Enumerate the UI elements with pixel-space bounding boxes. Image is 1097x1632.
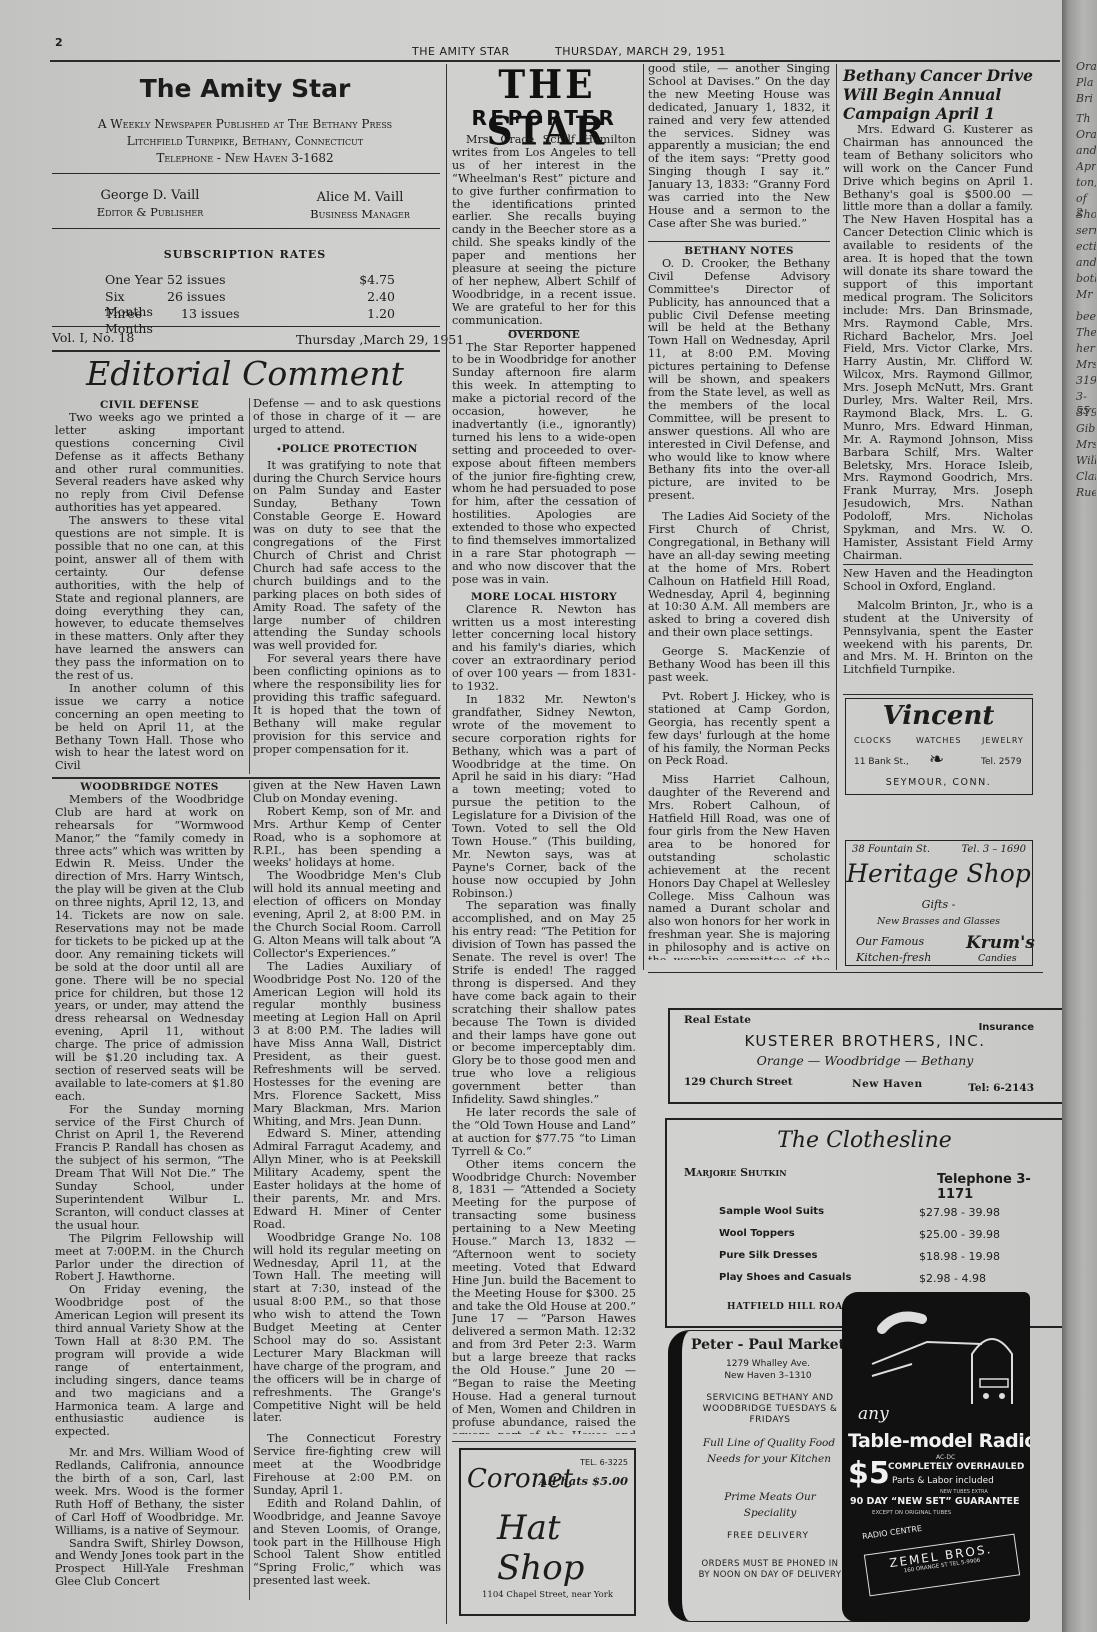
running-title: THE AMITY STAR: [412, 45, 510, 58]
history-continued: good stile, — another Singing School at …: [648, 63, 830, 239]
heritage-shop-ad: 38 Fountain St. Tel. 3 – 1690 Heritage S…: [845, 840, 1033, 966]
manager-role: Business Manager: [280, 206, 440, 222]
editor-credit: George D. Vaill Editor & Publisher: [70, 188, 230, 220]
woodbridge-notes-heading: WOODBRIDGE NOTES: [55, 781, 244, 794]
editorial-column-2: Defense — and to ask questions of those …: [253, 398, 441, 774]
masthead-telephone: Telephone - New Haven 3-1682: [50, 150, 440, 166]
kusterer-name: KUSTERER BROTHERS, INC.: [670, 1032, 1060, 1050]
cancer-drive-headline: Bethany Cancer Drive Will Begin Annual C…: [843, 66, 1033, 123]
woodbridge-notes-column-1: WOODBRIDGE NOTES Members of the Woodbrid…: [55, 780, 244, 1600]
star-reporter-subtitle: REPORTER: [447, 106, 642, 130]
civil-defense-heading: CIVIL DEFENSE: [55, 399, 244, 412]
newspaper-page: 2 THE AMITY STAR THURSDAY, MARCH 29, 195…: [0, 0, 1068, 1632]
zemel-bros-radio-ad: any Table-model Radio AC-DC $5 COMPLETEL…: [842, 1292, 1030, 1622]
kusterer-brothers-ad: Real Estate Insurance KUSTERER BROTHERS,…: [668, 1008, 1066, 1104]
cancer-drive-article: Mrs. Edward G. Kusterer as Chairman has …: [843, 124, 1033, 560]
masthead-address: Litchfield Turnpike, Bethany, Connecticu…: [50, 133, 440, 149]
hat-shop-name: Hat Shop: [497, 1508, 634, 1588]
manager-credit: Alice M. Vaill Business Manager: [280, 190, 440, 222]
radio-price: $5: [848, 1456, 890, 1491]
vincent-name: Vincent: [846, 701, 1031, 731]
page-number: 2: [55, 36, 63, 49]
zemel-bros-sign: ZEMEL BROS. 160 ORANGE ST TEL 5-9906: [864, 1534, 1020, 1597]
history-heading: MORE LOCAL HISTORY: [452, 591, 636, 604]
rate-row: One Year 52 issues $4.75: [105, 272, 395, 287]
woodbridge-notes-column-2: given at the New Haven Lawn Club on Mond…: [253, 780, 441, 1600]
subscription-heading: SUBSCRIPTION RATES: [50, 248, 440, 261]
market-name: Peter - Paul Market: [682, 1337, 854, 1353]
issue-date: Thursday ,March 29, 1951: [296, 332, 464, 347]
editor-name: George D. Vaill: [70, 188, 230, 204]
krums-brand: Krum's: [966, 933, 1035, 953]
overdone-heading: OVERDONE: [452, 329, 636, 342]
editor-role: Editor & Publisher: [70, 204, 230, 220]
ornament-icon: ❧: [929, 749, 944, 770]
police-heading: POLICE PROTECTION: [253, 443, 441, 456]
bethany-notes-heading: BETHANY NOTES: [648, 245, 830, 258]
heritage-shop-name: Heritage Shop: [846, 859, 1031, 888]
manager-name: Alice M. Vaill: [280, 190, 440, 206]
bethany-notes-column: BETHANY NOTES O. D. Crooker, the Bethany…: [648, 244, 830, 960]
masthead-title: The Amity Star: [50, 74, 440, 103]
star-reporter-column: Mrs. Grace Schilf Hamilton writes from L…: [452, 134, 636, 1434]
editorial-column-1: CIVIL DEFENSE Two weeks ago we printed a…: [55, 398, 244, 774]
masthead-tagline: A Weekly Newspaper Published at The Beth…: [50, 116, 440, 132]
radio-illustration-icon: [852, 1304, 1020, 1404]
clothesline-name: The Clothesline: [667, 1128, 1062, 1153]
running-date: THURSDAY, MARCH 29, 1951: [555, 45, 726, 58]
peter-paul-market-ad: Peter - Paul Market 1279 Whalley Ave. Ne…: [668, 1330, 858, 1622]
volume-number: Vol. I, No. 18: [52, 330, 134, 345]
coronet-hat-shop-ad: TEL. 6-3225 Coronet All hats $5.00 Hat S…: [459, 1448, 636, 1616]
radio-headline: Table-model Radio: [848, 1430, 1030, 1452]
vincent-jeweler-ad: Vincent CLOCKS WATCHES JEWELRY 11 Bank S…: [845, 698, 1033, 795]
column-5-notes: New Haven and the Headington School in O…: [843, 568, 1033, 688]
next-page-edge: Ora Pla Bri Th Oran and April ton, of 2 …: [1062, 0, 1097, 1632]
editorial-title: Editorial Comment: [50, 354, 440, 393]
